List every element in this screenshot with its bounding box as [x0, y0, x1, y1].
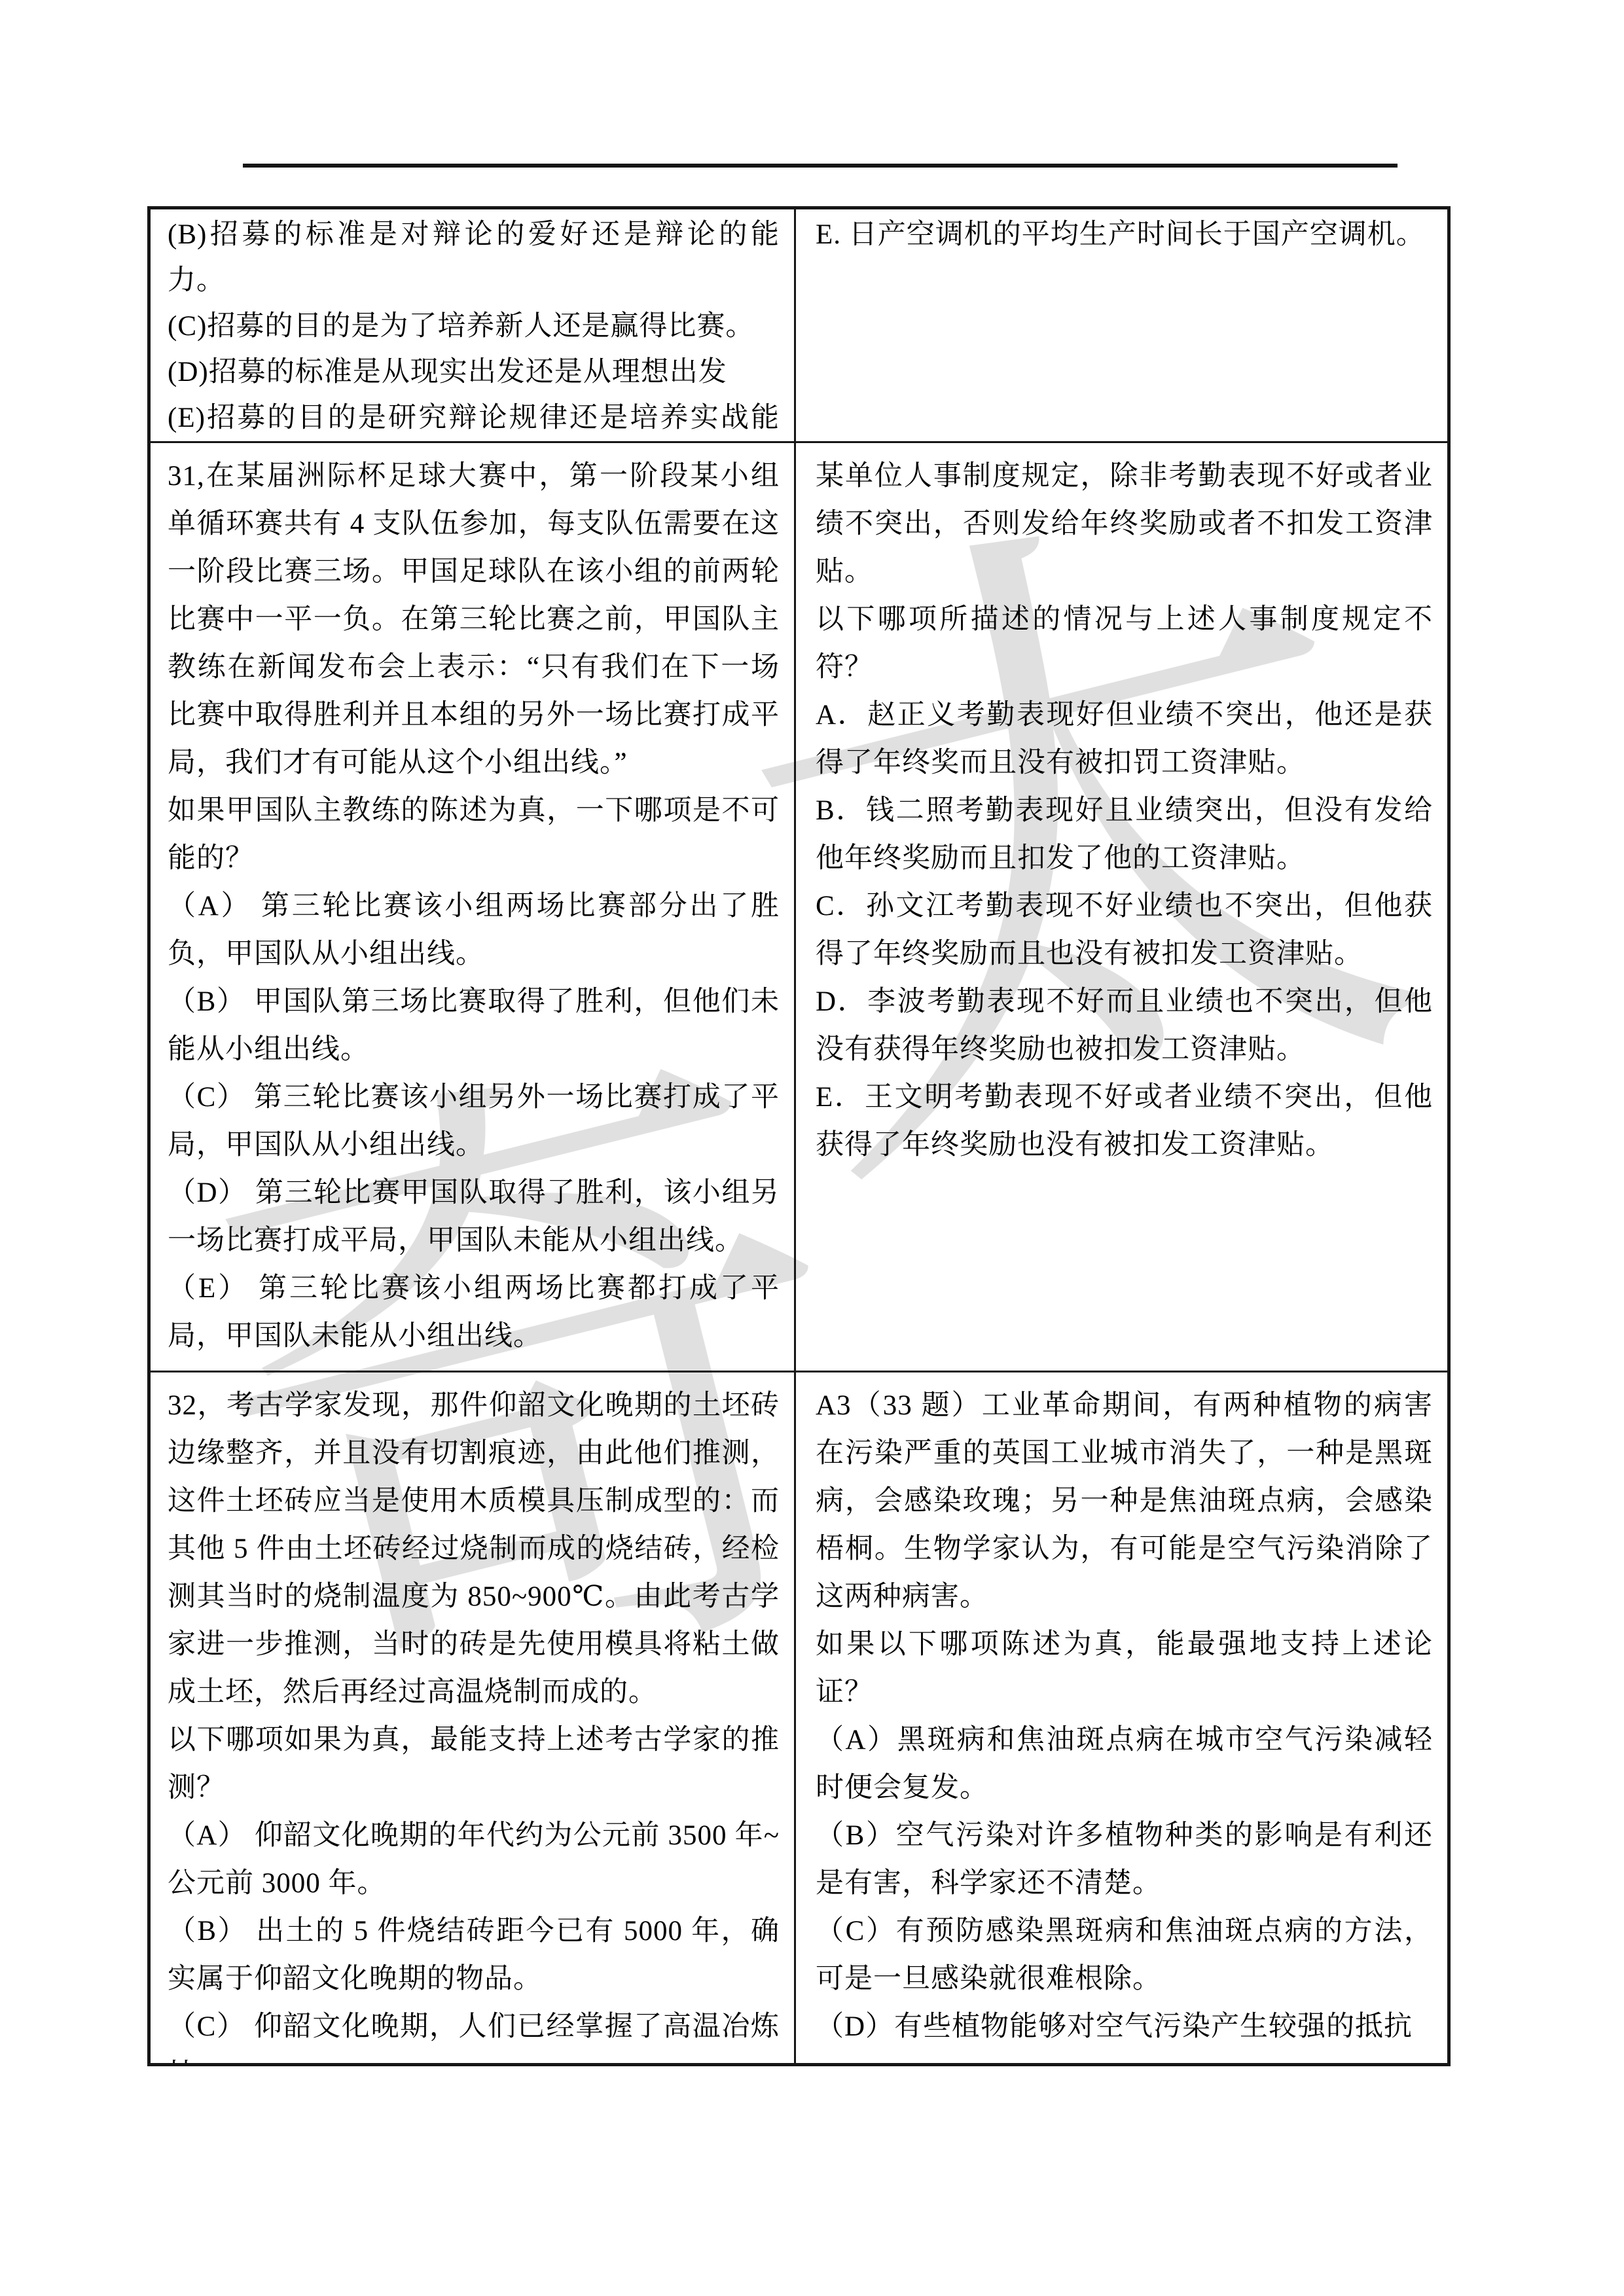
text-paragraph: C．孙文江考勤表现不好业绩也不突出，但他获得了年终奖励而且也没有被扣发工资津贴。	[816, 882, 1433, 978]
questions-table: (B)招募的标准是对辩论的爱好还是辩论的能力。(C)招募的目的是为了培养新人还是…	[147, 206, 1451, 2066]
text-paragraph: （B） 出土的 5 件烧结砖距今已有 5000 年，确实属于仰韶文化晚期的物品。	[168, 1907, 780, 2003]
text-paragraph: D．李波考勤表现不好而且业绩也不突出，但他没有获得年终奖励也被扣发工资津贴。	[816, 978, 1433, 1073]
header-rule	[243, 164, 1398, 168]
text-paragraph: 如果甲国队主教练的陈述为真，一下哪项是不可能的？	[168, 787, 780, 882]
text-paragraph: 以下哪项所描述的情况与上述人事制度规定不符？	[816, 596, 1433, 691]
text-paragraph: （C） 第三轮比赛该小组另外一场比赛打成了平局，甲国队从小组出线。	[168, 1073, 780, 1169]
text-paragraph: （D） 第三轮比赛甲国队取得了胜利，该小组另一场比赛打成平局，甲国队未能从小组出…	[168, 1169, 780, 1265]
text-paragraph: 31,在某届洲际杯足球大赛中，第一阶段某小组单循环赛共有 4 支队伍参加，每支队…	[168, 452, 780, 787]
text-paragraph: （B）空气污染对许多植物种类的影响是有利还是有害，科学家还不清楚。	[816, 1812, 1433, 1907]
text-paragraph: E. 日产空调机的平均生产时间长于国产空调机。	[816, 212, 1433, 258]
debate-options-cell: (B)招募的标准是对辩论的爱好还是辩论的能力。(C)招募的目的是为了培养新人还是…	[151, 209, 796, 441]
question-32-cell: 32，考古学家发现，那件仰韶文化晚期的土坯砖边缘整齐，并且没有切割痕迹，由此他们…	[151, 1372, 796, 2063]
text-paragraph: （A）黑斑病和焦油斑点病在城市空气污染减轻时便会复发。	[816, 1716, 1433, 1812]
text-paragraph: 如果以下哪项陈述为真，能最强地支持上述论证？	[816, 1621, 1433, 1716]
table-row: 32，考古学家发现，那件仰韶文化晚期的土坯砖边缘整齐，并且没有切割痕迹，由此他们…	[151, 1372, 1447, 2063]
text-paragraph: （B） 甲国队第三场比赛取得了胜利，但他们未能从小组出线。	[168, 978, 780, 1073]
text-paragraph: 以下哪项如果为真，最能支持上述考古学家的推测？	[168, 1716, 780, 1812]
text-paragraph: （C） 仰韶文化晚期，人们已经掌握了高温冶炼技	[168, 2003, 780, 2063]
page: { "watermark": { "chars": ["太", "奇"] }, …	[0, 0, 1624, 2296]
text-paragraph: 32，考古学家发现，那件仰韶文化晚期的土坯砖边缘整齐，并且没有切割痕迹，由此他们…	[168, 1382, 780, 1716]
text-paragraph: （A） 第三轮比赛该小组两场比赛部分出了胜负，甲国队从小组出线。	[168, 882, 780, 978]
text-paragraph: (B)招募的标准是对辩论的爱好还是辩论的能力。	[168, 212, 780, 304]
text-paragraph: E．王文明考勤表现不好或者业绩不突出，但他获得了年终奖励也没有被扣发工资津贴。	[816, 1073, 1433, 1169]
text-paragraph: （D）有些植物能够对空气污染产生较强的抵抗	[816, 2003, 1433, 2051]
question-33-cell: A3（33 题）工业革命期间，有两种植物的病害在污染严重的英国工业城市消失了，一…	[796, 1372, 1447, 2063]
aircon-option-e-cell: E. 日产空调机的平均生产时间长于国产空调机。	[796, 209, 1447, 441]
text-paragraph: （A） 仰韶文化晚期的年代约为公元前 3500 年~公元前 3000 年。	[168, 1812, 780, 1907]
table-row: (B)招募的标准是对辩论的爱好还是辩论的能力。(C)招募的目的是为了培养新人还是…	[151, 209, 1447, 443]
text-paragraph: （E） 第三轮比赛该小组两场比赛都打成了平局，甲国队未能从小组出线。	[168, 1265, 780, 1360]
text-paragraph: B．钱二照考勤表现好且业绩突出，但没有发给他年终奖励而且扣发了他的工资津贴。	[816, 787, 1433, 882]
table-row: 31,在某届洲际杯足球大赛中，第一阶段某小组单循环赛共有 4 支队伍参加，每支队…	[151, 443, 1447, 1372]
text-paragraph: A．赵正义考勤表现好但业绩不突出，他还是获得了年终奖而且没有被扣罚工资津贴。	[816, 691, 1433, 787]
text-paragraph: (C)招募的目的是为了培养新人还是赢得比赛。	[168, 304, 780, 350]
text-paragraph: （C）有预防感染黑斑病和焦油斑点病的方法，可是一旦感染就很难根除。	[816, 1907, 1433, 2003]
text-paragraph: (E)招募的目的是研究辩论规律还是培养实战能力。	[168, 395, 780, 441]
text-paragraph: (D)招募的标准是从现实出发还是从理想出发	[168, 350, 780, 395]
text-paragraph: 某单位人事制度规定，除非考勤表现不好或者业绩不突出，否则发给年终奖励或者不扣发工…	[816, 452, 1433, 596]
question-31-cell: 31,在某届洲际杯足球大赛中，第一阶段某小组单循环赛共有 4 支队伍参加，每支队…	[151, 443, 796, 1371]
text-paragraph: A3（33 题）工业革命期间，有两种植物的病害在污染严重的英国工业城市消失了，一…	[816, 1382, 1433, 1621]
hr-policy-question-cell: 某单位人事制度规定，除非考勤表现不好或者业绩不突出，否则发给年终奖励或者不扣发工…	[796, 443, 1447, 1371]
